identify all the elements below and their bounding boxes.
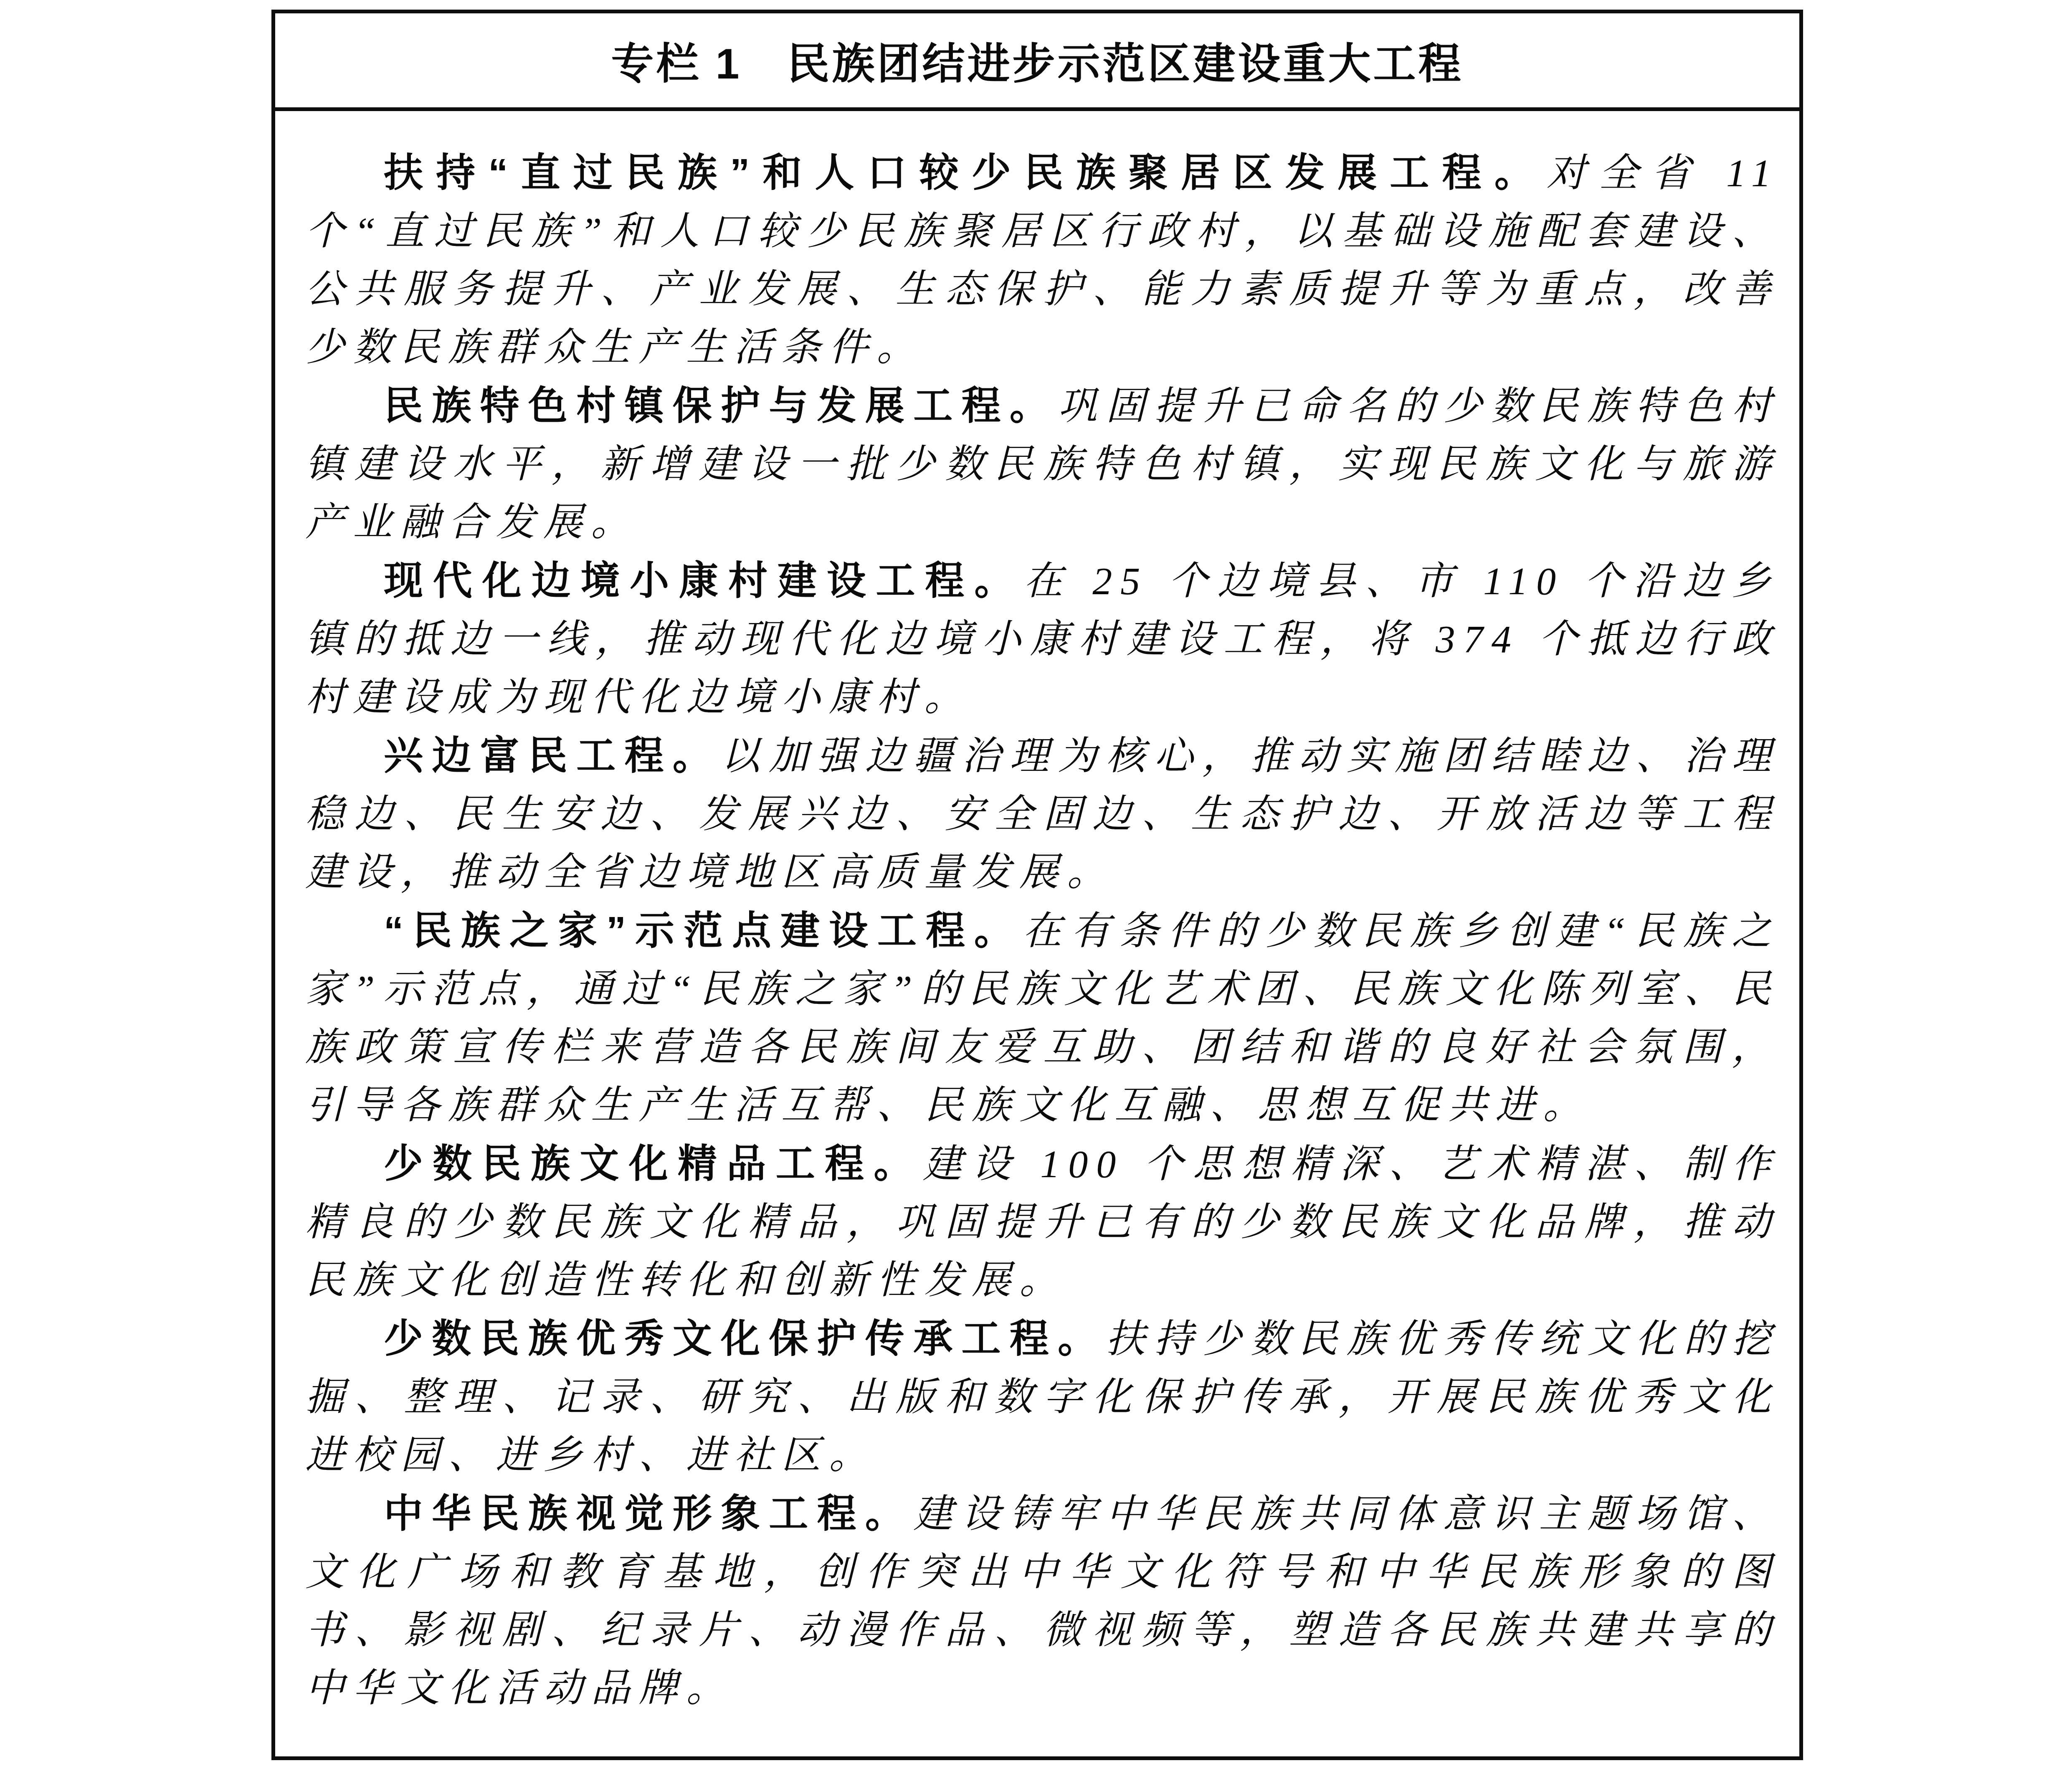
paragraph: 现代化边境小康村建设工程。在 25 个边境县、市 110 个沿边乡镇的抵边一线，… — [305, 552, 1779, 727]
paragraph: 民族特色村镇保护与发展工程。巩固提升已命名的少数民族特色村镇建设水平，新增建设一… — [305, 377, 1779, 552]
paragraph: “民族之家”示范点建设工程。在有条件的少数民族乡创建“民族之家”示范点，通过“民… — [305, 902, 1779, 1135]
paragraph: 兴边富民工程。以加强边疆治理为核心，推动实施团结睦边、治理稳边、民生安边、发展兴… — [305, 727, 1779, 902]
panel-title-bar: 专栏 1 民族团结进步示范区建设重大工程 — [275, 13, 1799, 111]
document-page: 专栏 1 民族团结进步示范区建设重大工程 扶持“直过民族”和人口较少民族聚居区发… — [0, 0, 2072, 1771]
paragraph: 扶持“直过民族”和人口较少民族聚居区发展工程。对全省 11 个“直过民族”和人口… — [305, 144, 1779, 377]
paragraph-lead: 少数民族文化精品工程。 — [384, 1142, 923, 1186]
paragraph-lead: 兴边富民工程。 — [384, 734, 721, 778]
paragraph-lead: 民族特色村镇保护与发展工程。 — [384, 384, 1058, 428]
paragraph: 少数民族文化精品工程。建设 100 个思想精深、艺术精湛、制作精良的少数民族文化… — [305, 1135, 1779, 1310]
paragraph-lead: “民族之家”示范点建设工程。 — [384, 909, 1023, 953]
paragraph-lead: 现代化边境小康村建设工程。 — [384, 559, 1023, 603]
paragraph-lead: 少数民族优秀文化保护传承工程。 — [384, 1317, 1106, 1361]
panel-title: 专栏 1 民族团结进步示范区建设重大工程 — [611, 30, 1463, 91]
paragraph: 少数民族优秀文化保护传承工程。扶持少数民族优秀传统文化的挖掘、整理、记录、研究、… — [305, 1310, 1779, 1485]
paragraph-lead: 中华民族视觉形象工程。 — [384, 1492, 913, 1535]
panel-body: 扶持“直过民族”和人口较少民族聚居区发展工程。对全省 11 个“直过民族”和人口… — [275, 111, 1799, 1718]
feature-box: 专栏 1 民族团结进步示范区建设重大工程 扶持“直过民族”和人口较少民族聚居区发… — [271, 10, 1803, 1760]
paragraph-lead: 扶持“直过民族”和人口较少民族聚居区发展工程。 — [384, 151, 1547, 195]
paragraph: 中华民族视觉形象工程。建设铸牢中华民族共同体意识主题场馆、文化广场和教育基地，创… — [305, 1485, 1779, 1718]
